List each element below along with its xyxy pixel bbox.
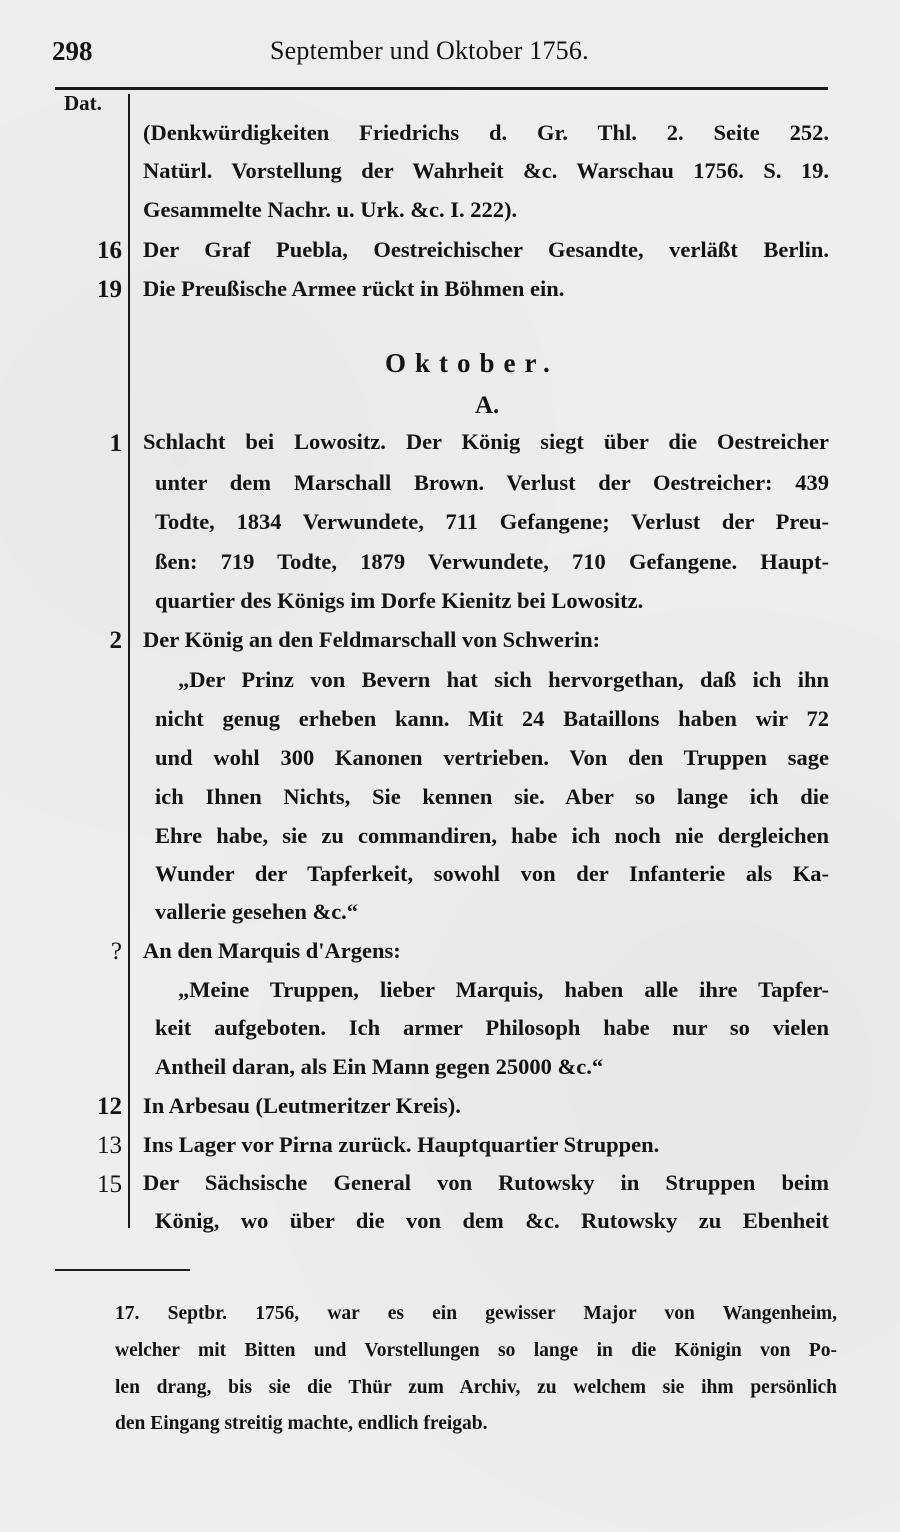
footnote-line: len drang, bis sie die Thür zum Archiv, …	[115, 1378, 837, 1398]
entry-line: Der Graf Puebla, Oestreichischer Gesandt…	[143, 239, 829, 262]
quote-line: Wunder der Tapferkeit, sowohl von der In…	[155, 863, 829, 886]
quote-line: Ehre habe, sie zu commandiren, habe ich …	[155, 825, 829, 848]
quote-line: und wohl 300 Kanonen vertrieben. Von den…	[155, 747, 829, 770]
entry-date: 15	[52, 1172, 122, 1197]
footnote-line: welcher mit Bitten und Vorstellungen so …	[115, 1341, 837, 1361]
entry-date: 12	[52, 1094, 122, 1119]
entry-line: Die Preußische Armee rückt in Böhmen ein…	[143, 278, 829, 301]
entry-line: Ins Lager vor Pirna zurück. Hauptquartie…	[143, 1134, 829, 1157]
header-rule	[55, 87, 828, 90]
quote-line: „Meine Truppen, lieber Marquis, haben al…	[178, 979, 829, 1002]
running-head: September und Oktober 1756.	[270, 38, 589, 64]
citation-line: (Denkwürdigkeiten Friedrichs d. Gr. Thl.…	[143, 122, 829, 145]
footnote-line: den Eingang streitig machte, endlich fre…	[115, 1414, 837, 1434]
entry-line: ßen: 719 Todte, 1879 Verwundete, 710 Gef…	[155, 551, 829, 574]
citation-line: Gesammelte Nachr. u. Urk. &c. I. 222).	[143, 199, 829, 222]
entry-date: 19	[52, 277, 122, 302]
entry-line: Der Sächsische General von Rutowsky in S…	[143, 1172, 829, 1195]
footnote-rule	[55, 1269, 190, 1271]
entry-line: quartier des Königs im Dorfe Kienitz bei…	[155, 590, 829, 613]
quote-line: keit aufgeboten. Ich armer Philosoph hab…	[155, 1017, 829, 1040]
section-letter: A.	[475, 393, 499, 418]
quote-line: nicht genug erheben kann. Mit 24 Bataill…	[155, 708, 829, 731]
entry-date: 13	[52, 1133, 122, 1158]
entry-date: 1	[52, 431, 122, 456]
footnote-line: 17. Septbr. 1756, war es ein gewisser Ma…	[115, 1304, 837, 1324]
citation-line: Natürl. Vorstellung der Wahrheit &c. War…	[143, 160, 829, 183]
quote-line: ich Ihnen Nichts, Sie kennen sie. Aber s…	[155, 786, 829, 809]
date-column-rule	[128, 94, 130, 1228]
page-number: 298	[52, 38, 93, 65]
month-heading: Oktober.	[385, 350, 559, 377]
entry-date: 2	[52, 628, 122, 653]
book-page: 298 September und Oktober 1756. Dat. (De…	[0, 0, 900, 1532]
quote-line: „Der Prinz von Bevern hat sich hervorget…	[178, 669, 829, 692]
entry-line: König, wo über die von dem &c. Rutowsky …	[155, 1210, 829, 1233]
quote-line: Antheil daran, als Ein Mann gegen 25000 …	[155, 1056, 829, 1079]
entry-date: 16	[52, 238, 122, 263]
entry-line: An den Marquis d'Argens:	[143, 940, 829, 963]
entry-date-unknown: ?	[52, 939, 122, 964]
entry-line: Der König an den Feldmarschall von Schwe…	[143, 629, 829, 652]
quote-line: vallerie gesehen &c.“	[155, 901, 829, 924]
entry-line: In Arbesau (Leutmeritzer Kreis).	[143, 1095, 829, 1118]
entry-line: unter dem Marschall Brown. Verlust der O…	[155, 472, 829, 495]
entry-line: Todte, 1834 Verwundete, 711 Gefangene; V…	[155, 511, 829, 534]
date-column-heading: Dat.	[64, 93, 102, 114]
entry-line: Schlacht bei Lowositz. Der König siegt ü…	[143, 431, 829, 454]
